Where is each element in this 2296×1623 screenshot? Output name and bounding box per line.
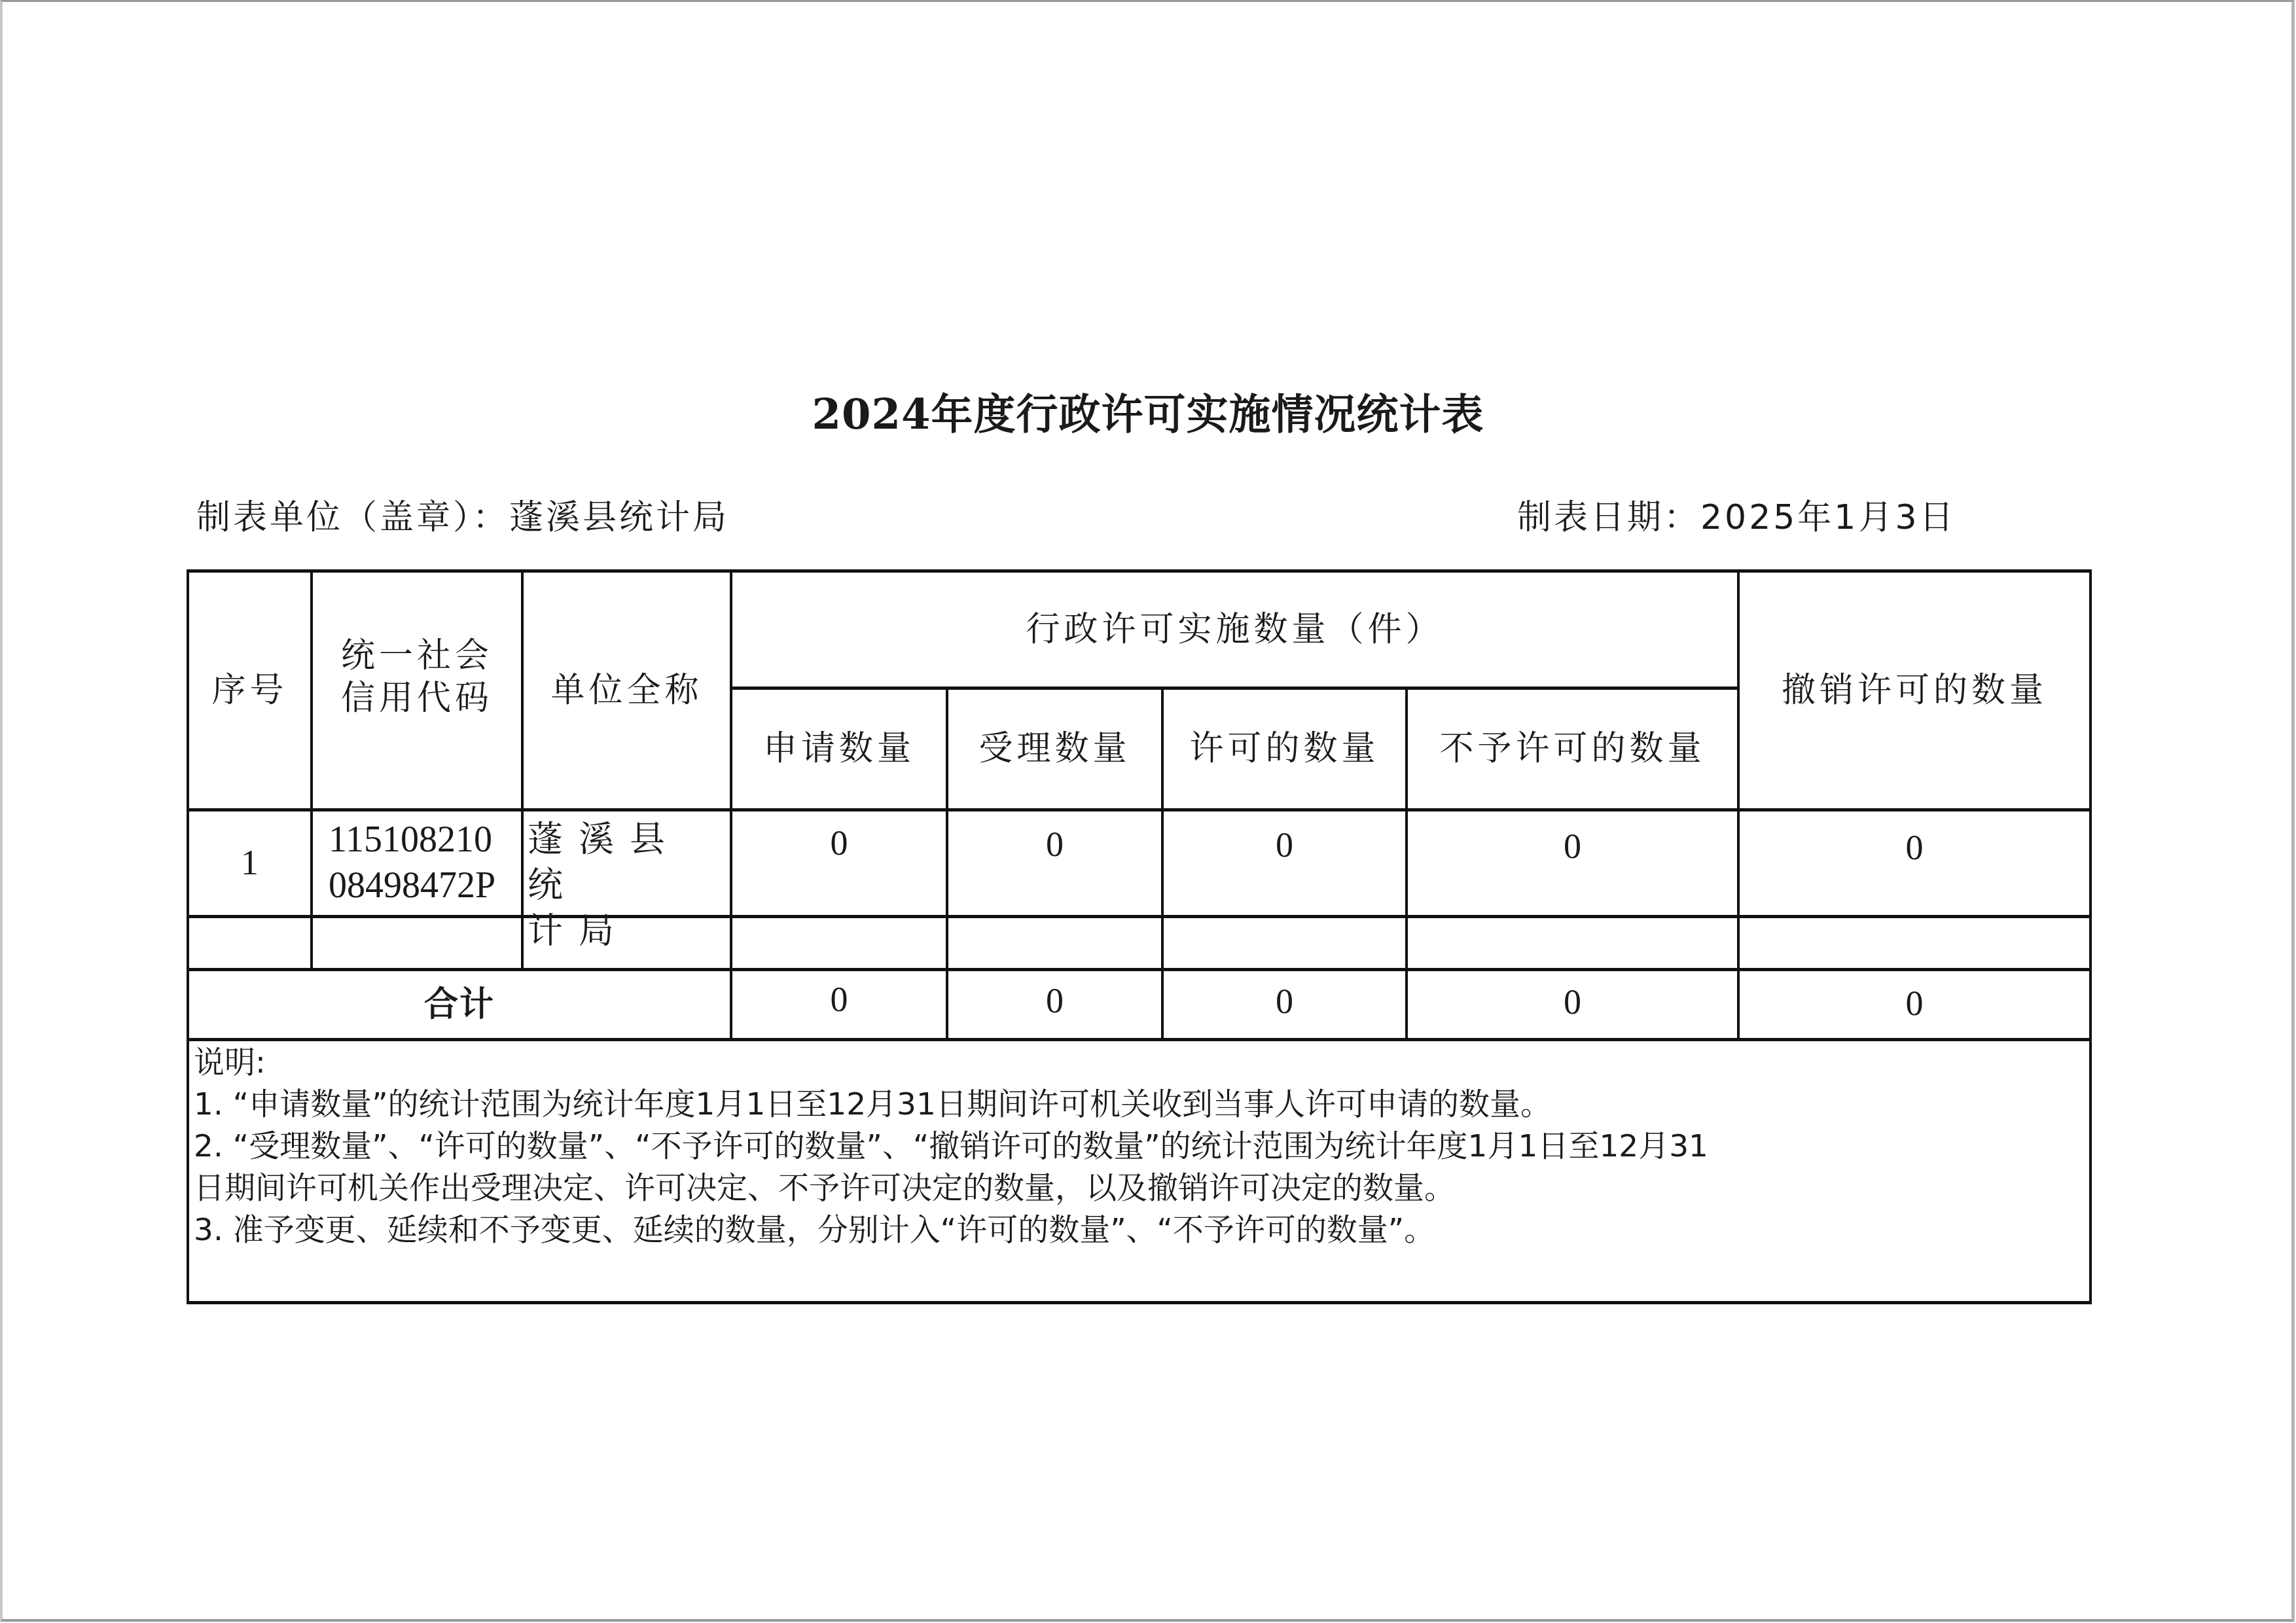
note-line-2: 2. “受理数量”、“许可的数量”、“不予许可的数量”、“撤销许可的数量”的统计…	[194, 1126, 2085, 1168]
statistics-table: 序号 统一社会 信用代码 单位全称 行政许可实施数量（件） 申请数量 受理数量 …	[0, 0, 2296, 1623]
total-permitted: 0	[1164, 980, 1405, 1039]
total-revoked: 0	[1740, 982, 2089, 1041]
table-border-right	[2089, 569, 2092, 1304]
total-applications: 0	[732, 978, 946, 1037]
row2-credit-code	[313, 918, 521, 968]
note-line-3: 3. 准予变更、延续和不予变更、延续的数量，分别计入“许可的数量”、“不予许可的…	[194, 1209, 2085, 1251]
header-permitted: 许可的数量	[1164, 690, 1405, 808]
row2-unit-name	[524, 918, 730, 968]
row1-unit-name: 蓬溪县统 计局	[528, 817, 730, 915]
header-credit-code-line1: 统一社会	[341, 635, 493, 677]
row2-revoked	[1740, 918, 2089, 968]
row1-not-permitted: 0	[1408, 825, 1737, 916]
notes-section: 说明: 1. “申请数量”的统计范围为统计年度1月1日至12月31日期间许可机关…	[194, 1042, 2085, 1251]
table-border-bottom	[187, 1301, 2092, 1304]
row1-permitted: 0	[1164, 823, 1405, 915]
row2-permitted	[1164, 918, 1405, 968]
note-line-1: 1. “申请数量”的统计范围为统计年度1月1日至12月31日期间许可机关收到当事…	[194, 1084, 2085, 1126]
header-group-quantity: 行政许可实施数量（件）	[732, 573, 1737, 687]
row1-applications: 0	[732, 821, 946, 913]
header-credit-code: 统一社会 信用代码	[313, 573, 521, 782]
header-revoked: 撤销许可的数量	[1740, 573, 2089, 808]
row2-not-permitted	[1408, 918, 1737, 968]
header-bottom-line	[187, 808, 2092, 811]
total-not-permitted: 0	[1408, 980, 1737, 1039]
note-line-2-cont: 日期间许可机关作出受理决定、许可决定、不予许可决定的数量，以及撤销许可决定的数量…	[194, 1168, 2085, 1209]
header-credit-code-line2: 信用代码	[341, 677, 493, 720]
row1-credit-code: 115108210 08498472P	[329, 817, 521, 915]
notes-heading: 说明:	[194, 1042, 2085, 1084]
total-accepted: 0	[948, 979, 1161, 1038]
header-accepted: 受理数量	[948, 690, 1161, 808]
total-label: 合计	[189, 971, 730, 1038]
row1-revoked: 0	[1740, 826, 2089, 918]
row2-seq	[189, 918, 310, 968]
header-seq: 序号	[189, 573, 310, 808]
row1-accepted: 0	[948, 823, 1161, 914]
row2-accepted	[948, 918, 1161, 968]
row1-seq: 1	[189, 811, 310, 915]
row2-applications	[732, 918, 946, 968]
header-unit-name: 单位全称	[524, 573, 730, 808]
header-not-permitted: 不予许可的数量	[1408, 690, 1737, 808]
header-applications: 申请数量	[732, 690, 946, 808]
